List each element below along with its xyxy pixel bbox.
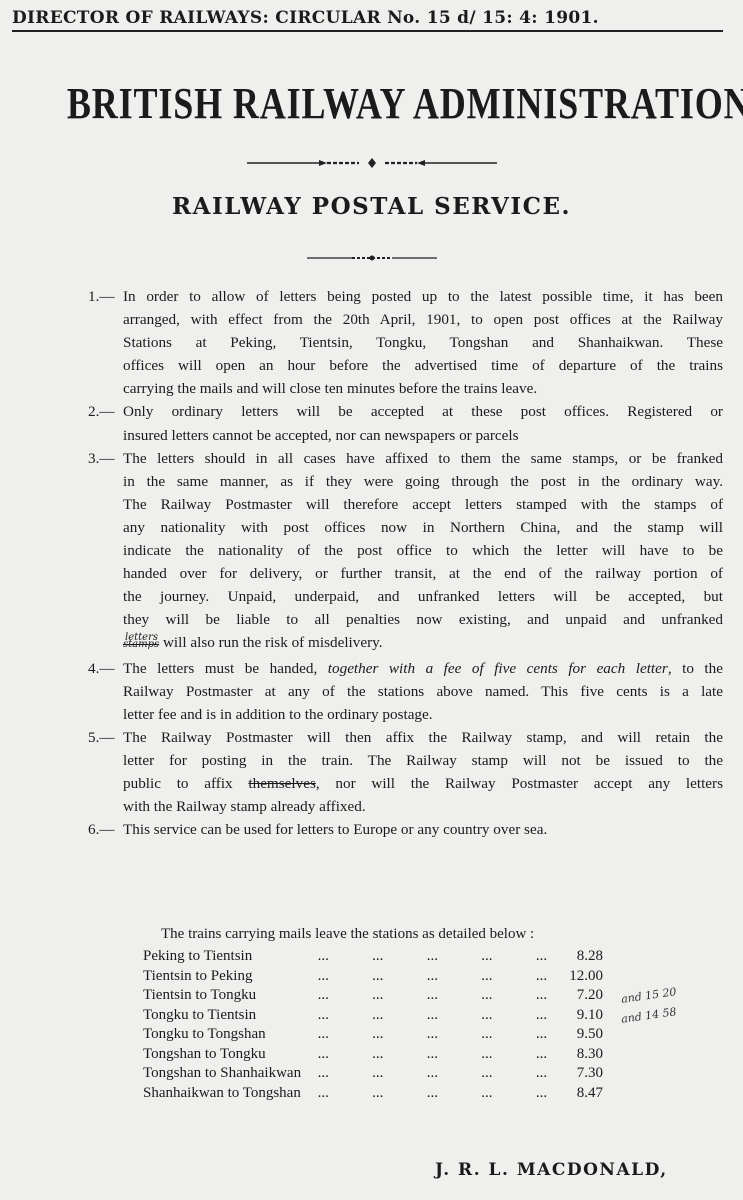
leader-dot: ... (318, 1064, 329, 1084)
schedule-row: Shanhaikwan to Tongshan...............8.… (143, 1084, 603, 1104)
leader-dot: ... (318, 986, 329, 1006)
route-name: Tongshan to Shanhaikwan (143, 1064, 318, 1084)
paragraph-number: 1.— (88, 285, 123, 400)
schedule-row: Peking to Tientsin...............8.28 (143, 947, 603, 967)
paragraph-number: 2.— (88, 400, 123, 446)
leader-dot: ... (318, 947, 329, 967)
text-line: public to affix themselves, nor will the… (123, 772, 723, 795)
leader-dot: ... (318, 967, 329, 987)
text-line: carrying the mails and will close ten mi… (123, 377, 723, 400)
leader-dot: ... (318, 1025, 329, 1045)
leader-dot: ... (372, 1084, 383, 1104)
leader-dot: ... (372, 1064, 383, 1084)
leader-dot: ... (481, 1045, 492, 1065)
text-fragment: , to the (668, 660, 723, 677)
text-line: lettersstamps will also run the risk of … (123, 631, 723, 656)
departure-time: 12.00 (553, 967, 603, 987)
document-subtitle: RAILWAY POSTAL SERVICE. (0, 193, 743, 220)
text-line: indicate the nationality of the post off… (123, 539, 723, 562)
text-line: The letters must be handed, together wit… (123, 657, 723, 680)
schedule-row: Tongku to Tientsin...............9.10and… (143, 1006, 603, 1026)
leader-dot: ... (372, 967, 383, 987)
paragraph-2: 2.— Only ordinary letters will be accept… (88, 400, 723, 446)
leader-dot: ... (318, 1006, 329, 1026)
text-line: letter for posting in the train. The Rai… (123, 749, 723, 772)
leader-dot: ... (427, 986, 438, 1006)
leader-dot: ... (318, 1045, 329, 1065)
route-name: Tientsin to Tongku (143, 986, 318, 1006)
paragraph-4: 4.— The letters must be handed, together… (88, 657, 723, 726)
text-line: Only ordinary letters will be accepted a… (123, 400, 723, 423)
text-line: in the same manner, as if they were goin… (123, 470, 723, 493)
text-fragment: public to affix (123, 775, 248, 792)
leader-dot: ... (536, 967, 547, 987)
leader-dot: ... (372, 1025, 383, 1045)
schedule-rows: Peking to Tientsin...............8.28Tie… (143, 947, 603, 1103)
departure-time: 7.20 (553, 986, 603, 1006)
leader-dots: ............... (318, 986, 554, 1006)
paragraph-6: 6.— This service can be used for letters… (88, 818, 723, 841)
route-name: Tongku to Tongshan (143, 1025, 318, 1045)
leader-dot: ... (536, 986, 547, 1006)
train-schedule: The trains carrying mails leave the stat… (143, 926, 603, 1103)
text-line: The letters should in all cases have aff… (123, 447, 723, 470)
leader-dots: ............... (318, 1006, 554, 1026)
leader-dot: ... (481, 1064, 492, 1084)
text-line: offices will open an hour before the adv… (123, 354, 723, 377)
leader-dot: ... (536, 947, 547, 967)
leader-dot: ... (536, 1064, 547, 1084)
leader-dots: ............... (318, 1064, 554, 1084)
paragraph-5: 5.— The Railway Postmaster will then aff… (88, 726, 723, 818)
schedule-row: Tongku to Tongshan...............9.50 (143, 1025, 603, 1045)
ornament-divider-large (0, 156, 743, 174)
departure-time: 8.28 (553, 947, 603, 967)
signature: J. R. L. MACDONALD, (435, 1160, 668, 1180)
leader-dot: ... (481, 986, 492, 1006)
departure-time: 8.47 (553, 1084, 603, 1104)
leader-dot: ... (481, 947, 492, 967)
leader-dot: ... (372, 947, 383, 967)
ornament-divider-small (0, 250, 743, 268)
departure-time: 9.50 (553, 1025, 603, 1045)
text-line: any nationality with post offices now in… (123, 516, 723, 539)
leader-dot: ... (427, 1025, 438, 1045)
paragraph-number: 4.— (88, 657, 123, 726)
paragraph-1: 1.— In order to allow of letters being p… (88, 285, 723, 400)
departure-time: 8.30 (553, 1045, 603, 1065)
text-line: insured letters cannot be accepted, nor … (123, 424, 723, 447)
schedule-row: Tongshan to Tongku...............8.30 (143, 1045, 603, 1065)
leader-dot: ... (536, 1084, 547, 1104)
text-line: The Railway Postmaster will therefore ac… (123, 493, 723, 516)
document-title: BRITISH RAILWAY ADMINISTRATION. (67, 78, 676, 129)
text-fragment: , nor will the Railway Postmaster accept… (316, 775, 723, 792)
text-line: The Railway Postmaster will then affix t… (123, 726, 723, 749)
leader-dot: ... (481, 1084, 492, 1104)
leader-dot: ... (481, 1006, 492, 1026)
text-fragment: The letters must be handed, (123, 660, 328, 677)
route-name: Shanhaikwan to Tongshan (143, 1084, 318, 1104)
schedule-row: Tientsin to Peking...............12.00 (143, 967, 603, 987)
text-line: This service can be used for letters to … (123, 818, 723, 841)
text-line: they will be liable to all penalties now… (123, 608, 723, 631)
text-line: with the Railway stamp already affixed. (123, 795, 723, 818)
handwritten-correction: letters (125, 626, 158, 649)
leader-dot: ... (427, 1064, 438, 1084)
text-line: arranged, with effect from the 20th Apri… (123, 308, 723, 331)
leader-dot: ... (318, 1084, 329, 1104)
leader-dot: ... (481, 967, 492, 987)
leader-dot: ... (427, 1045, 438, 1065)
schedule-intro: The trains carrying mails leave the stat… (161, 926, 603, 943)
leader-dot: ... (427, 1084, 438, 1104)
fee-emphasis: together with a fee of five cents for ea… (328, 660, 668, 677)
circular-body: 1.— In order to allow of letters being p… (88, 285, 723, 841)
leader-dot: ... (427, 967, 438, 987)
text-line: In order to allow of letters being poste… (123, 285, 723, 308)
leader-dot: ... (372, 1045, 383, 1065)
leader-dot: ... (536, 1045, 547, 1065)
leader-dot: ... (536, 1006, 547, 1026)
leader-dots: ............... (318, 967, 554, 987)
leader-dots: ............... (318, 947, 554, 967)
schedule-row: Tongshan to Shanhaikwan...............7.… (143, 1064, 603, 1084)
route-name: Tongku to Tientsin (143, 1006, 318, 1026)
leader-dot: ... (372, 986, 383, 1006)
paragraph-number: 6.— (88, 818, 123, 841)
paragraph-number: 3.— (88, 447, 123, 657)
circular-header: DIRECTOR OF RAILWAYS: CIRCULAR No. 15 d/… (12, 8, 723, 32)
leader-dot: ... (427, 947, 438, 967)
departure-time: 7.30 (553, 1064, 603, 1084)
text-line: the journey. Unpaid, underpaid, and unfr… (123, 585, 723, 608)
struck-word: themselves (248, 775, 315, 792)
route-name: Tongshan to Tongku (143, 1045, 318, 1065)
paragraph-number: 5.— (88, 726, 123, 818)
route-name: Peking to Tientsin (143, 947, 318, 967)
text-fragment: will also run the risk of misdelivery. (159, 634, 382, 651)
schedule-row: Tientsin to Tongku...............7.20and… (143, 986, 603, 1006)
text-line: handed over for delivery, or further tra… (123, 562, 723, 585)
leader-dots: ............... (318, 1084, 554, 1104)
text-line: Railway Postmaster at any of the station… (123, 680, 723, 703)
leader-dots: ............... (318, 1025, 554, 1045)
text-line: letter fee and is in addition to the ord… (123, 703, 723, 726)
leader-dots: ............... (318, 1045, 554, 1065)
leader-dot: ... (427, 1006, 438, 1026)
route-name: Tientsin to Peking (143, 967, 318, 987)
leader-dot: ... (372, 1006, 383, 1026)
text-line: Stations at Peking, Tientsin, Tongku, To… (123, 331, 723, 354)
leader-dot: ... (481, 1025, 492, 1045)
paragraph-3: 3.— The letters should in all cases have… (88, 447, 723, 657)
departure-time: 9.10 (553, 1006, 603, 1026)
leader-dot: ... (536, 1025, 547, 1045)
